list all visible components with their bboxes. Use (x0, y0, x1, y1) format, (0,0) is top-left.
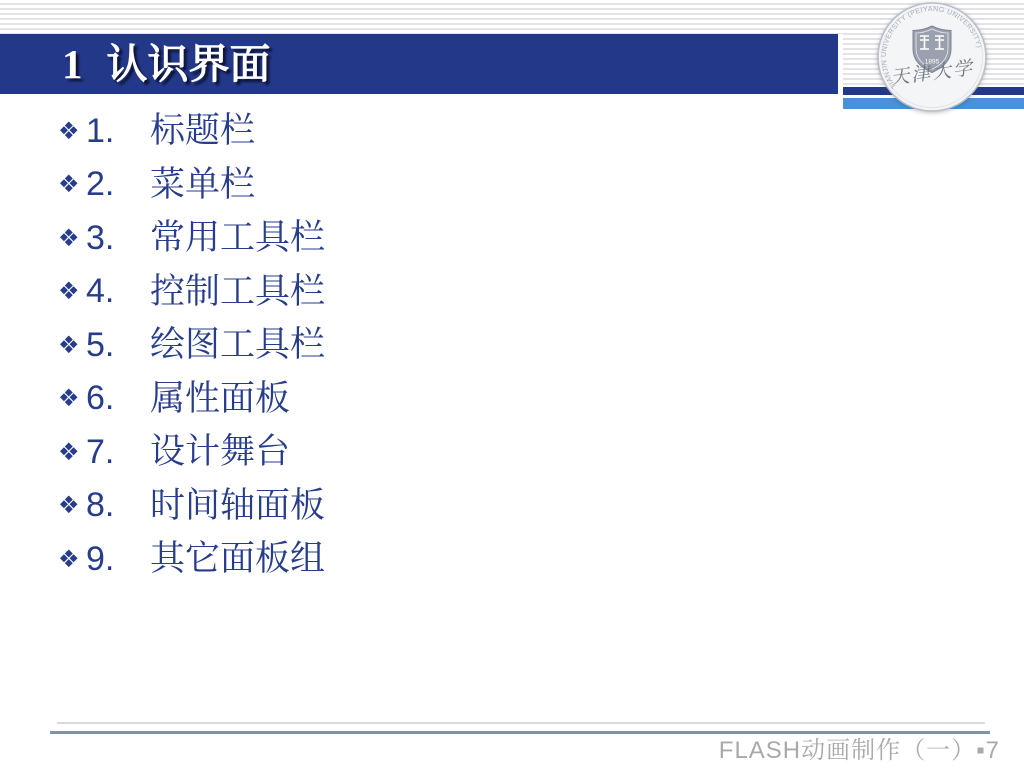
list-item: ❖ 9. 其它面板组 (58, 532, 325, 586)
diamond-bullet-icon: ❖ (58, 547, 82, 571)
slide-section-number: 1 (62, 44, 83, 85)
diamond-bullet-icon: ❖ (58, 440, 82, 464)
item-list: ❖ 1. 标题栏 ❖ 2. 菜单栏 ❖ 3. 常用工具栏 ❖ 4. 控制工具栏 … (58, 104, 325, 586)
item-number: 9. (82, 542, 150, 576)
list-item: ❖ 2. 菜单栏 (58, 158, 325, 212)
list-item: ❖ 8. 时间轴面板 (58, 479, 325, 533)
item-label: 设计舞台 (150, 434, 290, 469)
item-label: 属性面板 (150, 381, 290, 416)
diamond-bullet-icon: ❖ (58, 386, 82, 410)
item-number: 8. (82, 488, 150, 522)
item-number: 7. (82, 435, 150, 469)
item-label: 标题栏 (150, 113, 255, 148)
item-number: 4. (82, 274, 150, 308)
diamond-bullet-icon: ❖ (58, 493, 82, 517)
list-item: ❖ 7. 设计舞台 (58, 425, 325, 479)
item-label: 控制工具栏 (150, 274, 325, 309)
list-item: ❖ 4. 控制工具栏 (58, 265, 325, 319)
university-seal-logo: TIANJIN UNIVERSITY (PEIYANG UNIVERSITY) … (875, 1, 989, 113)
item-label: 其它面板组 (150, 541, 325, 576)
item-number: 5. (82, 328, 150, 362)
footer-caption: FLASH动画制作（一）▪7 (719, 739, 1000, 763)
diamond-bullet-icon: ❖ (58, 119, 82, 143)
header-bar-gap (838, 34, 843, 88)
item-label: 常用工具栏 (150, 220, 325, 255)
title-bar: 1 认识界面 (0, 34, 838, 94)
list-item: ❖ 3. 常用工具栏 (58, 211, 325, 265)
diamond-bullet-icon: ❖ (58, 333, 82, 357)
item-label: 绘图工具栏 (150, 327, 325, 362)
item-label: 菜单栏 (150, 167, 255, 202)
item-label: 时间轴面板 (150, 488, 325, 523)
page-title: 认识界面 (107, 44, 271, 85)
item-number: 1. (82, 114, 150, 148)
list-item: ❖ 6. 属性面板 (58, 372, 325, 426)
presentation-slide: 1 认识界面 TIANJIN UNIVERSITY (PEIYANG UNIVE… (0, 0, 1024, 768)
footer-divider (50, 731, 990, 734)
diamond-bullet-icon: ❖ (58, 279, 82, 303)
diamond-bullet-icon: ❖ (58, 226, 82, 250)
list-item: ❖ 5. 绘图工具栏 (58, 318, 325, 372)
item-number: 3. (82, 221, 150, 255)
list-item: ❖ 1. 标题栏 (58, 104, 325, 158)
item-number: 2. (82, 167, 150, 201)
diamond-bullet-icon: ❖ (58, 172, 82, 196)
footer-divider-faint (57, 722, 985, 724)
item-number: 6. (82, 381, 150, 415)
